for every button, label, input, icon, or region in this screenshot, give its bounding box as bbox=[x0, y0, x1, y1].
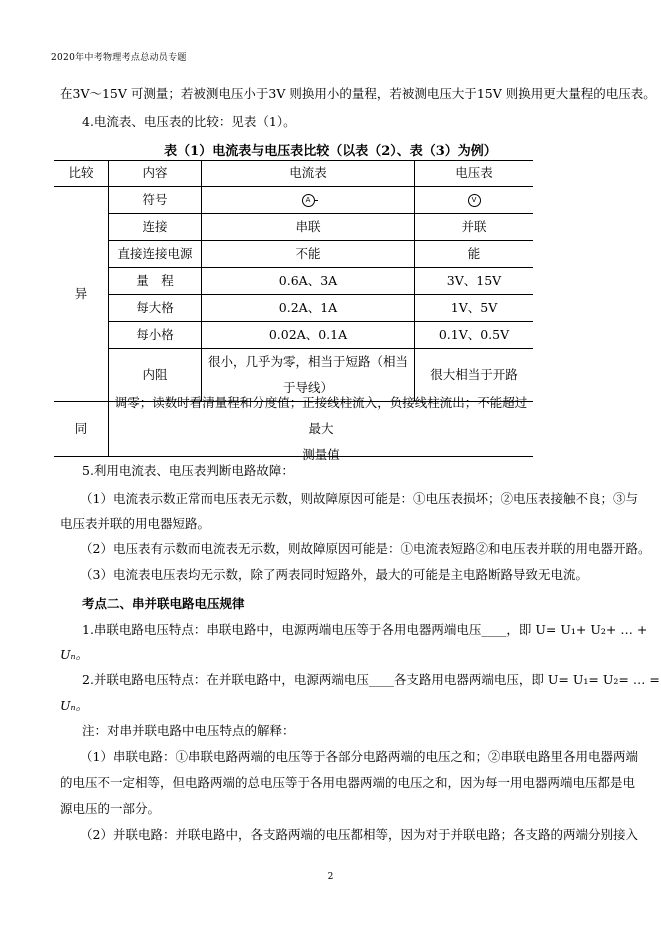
note-2-line1: （2）并联电路：并联电路中，各支路两端的电压都相等，因为对于并联电路；各支路的两… bbox=[80, 827, 638, 843]
page-header: 2020年中考物理考点总动员专题 bbox=[51, 50, 187, 63]
row-label-large-division: 每大格 bbox=[109, 295, 201, 321]
row-label-direct-source: 直接连接电源 bbox=[109, 241, 201, 267]
same-description-line1: 调零；读数时看清量程和分度值；正接线柱流入，负接线柱流出；不能超过最大 bbox=[109, 390, 533, 442]
kaodian2-p1-line1: 1.串联电路电压特点：串联电路中，电源两端电压等于各用电器两端电压____，即 … bbox=[82, 622, 647, 638]
header-compare: 比较 bbox=[54, 160, 108, 186]
ammeter-range: 0.6A、3A bbox=[202, 268, 414, 294]
same-description: 调零；读数时看清量程和分度值；正接线柱流入，负接线柱流出；不能超过最大 测量值 bbox=[109, 402, 533, 456]
section-5-p3: （3）电流表电压表均无示数，除了两表同时短路外，最大的可能是主电路断路导致无电流… bbox=[80, 567, 588, 583]
header-ammeter: 电流表 bbox=[202, 160, 414, 186]
table-border-bottom bbox=[54, 456, 533, 457]
row-label-connection: 连接 bbox=[109, 214, 201, 240]
row-label-small-division: 每小格 bbox=[109, 322, 201, 348]
section-5-p1-line2: 电压表并联的用电器短路。 bbox=[60, 516, 210, 532]
kaodian2-p2-line2: Uₙ。 bbox=[60, 698, 88, 714]
header-content: 内容 bbox=[109, 160, 201, 186]
group-same-label: 同 bbox=[54, 402, 108, 456]
table-title: 表（1）电流表与电压表比较（以表（2）、表（3）为例） bbox=[0, 140, 661, 159]
row-label-range: 量 程 bbox=[109, 268, 201, 294]
comparison-table: 比较 内容 电流表 电压表 异 符号 A V 连接 串联 并联 直接连接电源 不… bbox=[54, 160, 533, 457]
voltmeter-direct-source: 能 bbox=[415, 241, 533, 267]
section-5-title: 5.利用电流表、电压表判断电路故障： bbox=[82, 463, 294, 479]
note-title: 注：对串并联电路中电压特点的解释： bbox=[82, 723, 295, 739]
voltmeter-large-division: 1V、5V bbox=[415, 295, 533, 321]
kaodian2-p2-line1: 2.并联电路电压特点：在并联电路中，电源两端电压____各支路用电器两端电压，即… bbox=[82, 672, 660, 688]
kaodian2-title: 考点二、串并联电路电压规律 bbox=[82, 596, 245, 612]
ammeter-resistance-line1: 很小，几乎为零，相当于短路（相当 bbox=[208, 349, 408, 375]
header-voltmeter: 电压表 bbox=[415, 160, 533, 186]
kaodian2-p1-line2: Uₙ。 bbox=[60, 647, 88, 663]
voltmeter-connection: 并联 bbox=[415, 214, 533, 240]
page-number: 2 bbox=[0, 872, 661, 882]
voltmeter-small-division: 0.1V、0.5V bbox=[415, 322, 533, 348]
ammeter-large-division: 0.2A、1A bbox=[202, 295, 414, 321]
ammeter-small-division: 0.02A、0.1A bbox=[202, 322, 414, 348]
ammeter-direct-source: 不能 bbox=[202, 241, 414, 267]
note-1-line1: （1）串联电路：①串联电路两端的电压等于各部分电路两端的电压之和；②串联电路里各… bbox=[80, 749, 638, 765]
note-1-line2: 的电压不一定相等，但电路两端的总电压等于各用电器两端的电压之和，因为每一用电器两… bbox=[60, 775, 635, 791]
section-5-p1-line1: （1）电流表示数正常而电压表无示数，则故障原因可能是：①电压表损坏；②电压表接触… bbox=[80, 491, 638, 507]
row-label-symbol: 符号 bbox=[109, 187, 201, 213]
group-diff-label: 异 bbox=[54, 187, 108, 401]
same-description-line2: 测量值 bbox=[302, 442, 340, 468]
section-5-p2: （2）电压表有示数而电流表无示数，则故障原因可能是：①电流表短路②和电压表并联的… bbox=[80, 541, 650, 557]
ammeter-symbol-icon: A bbox=[302, 194, 315, 207]
voltmeter-symbol-cell: V bbox=[415, 187, 533, 213]
note-1-line3: 源电压的一部分。 bbox=[60, 801, 160, 817]
item-4: 4.电流表、电压表的比较：见表（1）。 bbox=[82, 114, 296, 130]
voltmeter-range: 3V、15V bbox=[415, 268, 533, 294]
paragraph-range: 在3V～15V 可测量；若被测电压小于3V 则换用小的量程，若被测电压大于15V… bbox=[60, 86, 656, 102]
ammeter-connection: 串联 bbox=[202, 214, 414, 240]
ammeter-symbol-cell: A bbox=[202, 187, 414, 213]
voltmeter-symbol-icon: V bbox=[468, 194, 481, 207]
